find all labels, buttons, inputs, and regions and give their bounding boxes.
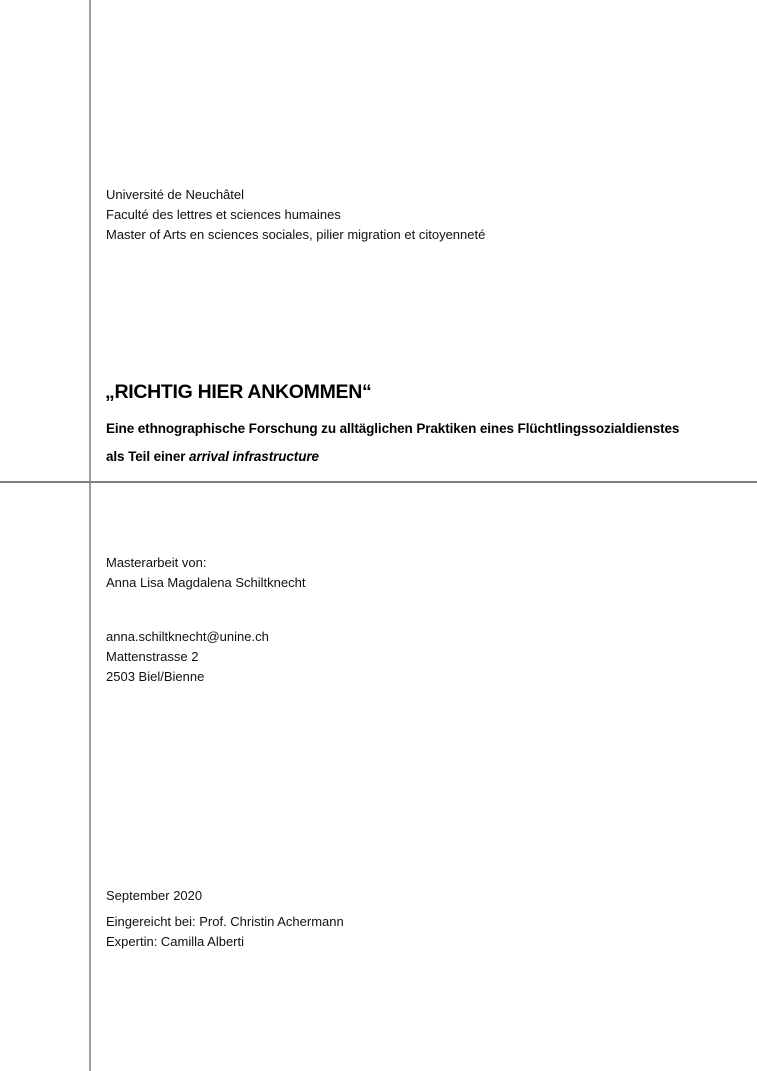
author-street: Mattenstrasse 2: [106, 647, 269, 667]
subtitle-italic-term: arrival infrastructure: [189, 449, 319, 464]
program-name: Master of Arts en sciences sociales, pil…: [106, 225, 485, 245]
author-email: anna.schiltknecht@unine.ch: [106, 627, 269, 647]
submitted-to: Eingereicht bei: Prof. Christin Acherman…: [106, 912, 344, 932]
thesis-subtitle-line1: Eine ethnographische Forschung zu alltäg…: [106, 421, 679, 436]
author-city: 2503 Biel/Bienne: [106, 667, 269, 687]
submission-date: September 2020: [106, 886, 202, 906]
subtitle-prefix: als Teil einer: [106, 449, 189, 464]
author-block: Masterarbeit von: Anna Lisa Magdalena Sc…: [106, 553, 305, 593]
faculty-name: Faculté des lettres et sciences humaines: [106, 205, 485, 225]
vertical-rule: [89, 0, 91, 1071]
institution-block: Université de Neuchâtel Faculté des lett…: [106, 185, 485, 245]
contact-block: anna.schiltknecht@unine.ch Mattenstrasse…: [106, 627, 269, 687]
author-name: Anna Lisa Magdalena Schiltknecht: [106, 573, 305, 593]
supervisors-block: Eingereicht bei: Prof. Christin Acherman…: [106, 912, 344, 952]
author-label: Masterarbeit von:: [106, 553, 305, 573]
thesis-subtitle-line2: als Teil einer arrival infrastructure: [106, 449, 319, 464]
expert: Expertin: Camilla Alberti: [106, 932, 344, 952]
horizontal-rule: [0, 481, 757, 483]
thesis-title: „RICHTIG HIER ANKOMMEN“: [105, 381, 371, 404]
university-name: Université de Neuchâtel: [106, 185, 485, 205]
